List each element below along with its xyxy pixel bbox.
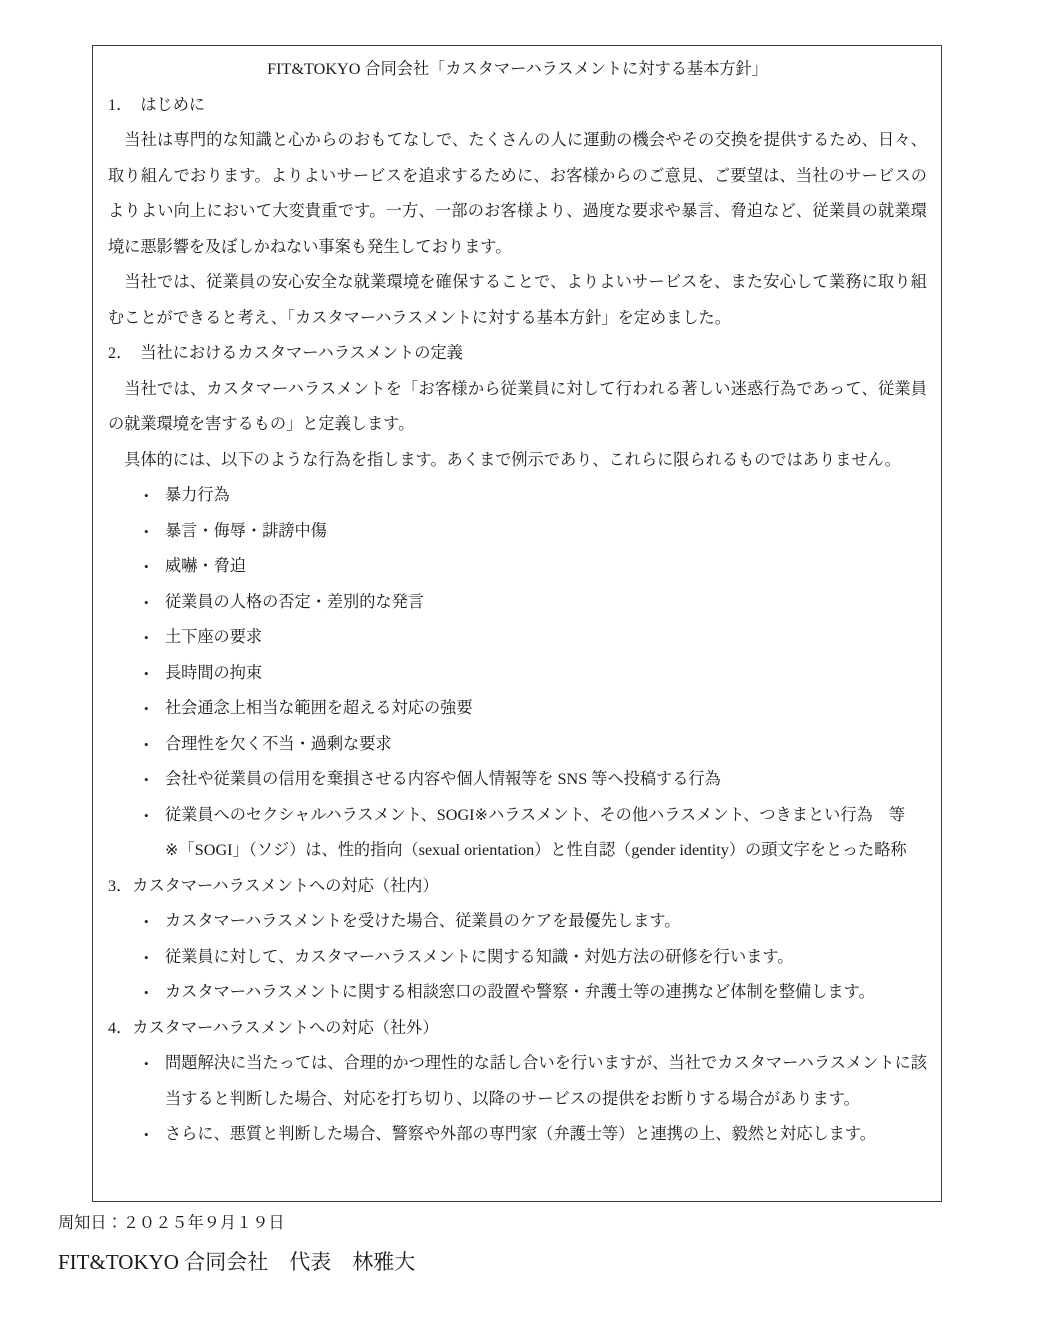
external-response-list: • 問題解決に当たっては、合理的かつ理性的な話し合いを行いますが、当社でカスタマ… (108, 1046, 927, 1153)
document-title: FIT&TOKYO 合同会社「カスタマーハラスメントに対する基本方針」 (108, 52, 927, 88)
bullet-text: 合理性を欠く不当・過剰な要求 (165, 735, 392, 753)
bullet-text: 威嚇・脅迫 (165, 557, 246, 575)
list-item: • カスタマーハラスメントを受けた場合、従業員のケアを最優先します。 (108, 904, 927, 940)
company-signature: FIT&TOKYO 合同会社 代表 林雅大 (58, 1243, 978, 1281)
bullet-text: 問題解決に当たっては、合理的かつ理性的な話し合いを行いますが、当社でカスタマーハ… (165, 1054, 927, 1108)
list-item: • 従業員の人格の否定・差別的な発言 (108, 585, 927, 621)
notice-date: 周知日：２０２５年９月１９日 (58, 1206, 978, 1241)
bullet-icon: • (144, 549, 149, 585)
bullet-icon: • (144, 656, 149, 692)
section-external-response: 4．カスタマーハラスメントへの対応（社外） • 問題解決に当たっては、合理的かつ… (108, 1011, 927, 1153)
bullet-icon: • (144, 585, 149, 621)
list-item: • さらに、悪質と判断した場合、警察や外部の専門家（弁護士等）と連携の上、毅然と… (108, 1117, 927, 1153)
bullet-text: 従業員に対して、カスタマーハラスメントに関する知識・対処方法の研修を行います。 (165, 948, 793, 966)
sogi-note: ※「SOGI」（ソジ）は、性的指向（sexual orientation）と性自… (165, 833, 927, 869)
list-item: • 威嚇・脅迫 (108, 549, 927, 585)
paragraph: 具体的には、以下のような行為を指します。あくまで例示であり、これらに限られるもの… (108, 443, 927, 479)
list-item: • 従業員に対して、カスタマーハラスメントに関する知識・対処方法の研修を行います… (108, 940, 927, 976)
section-heading: 1． はじめに (108, 88, 927, 124)
bullet-icon: • (144, 1046, 149, 1082)
section-heading: 4．カスタマーハラスメントへの対応（社外） (108, 1011, 927, 1047)
bullet-text: 従業員へのセクシャルハラスメント、SOGI※ハラスメント、その他ハラスメント、つ… (165, 806, 905, 824)
bullet-icon: • (144, 514, 149, 550)
bullet-icon: • (144, 1117, 149, 1153)
bullet-icon: • (144, 620, 149, 656)
list-item: • 土下座の要求 (108, 620, 927, 656)
bullet-icon: • (144, 975, 149, 1011)
bullet-icon: • (144, 798, 149, 834)
list-item: • 問題解決に当たっては、合理的かつ理性的な話し合いを行いますが、当社でカスタマ… (108, 1046, 927, 1117)
paragraph: 当社では、カスタマーハラスメントを「お客様から従業員に対して行われる著しい迷惑行… (108, 372, 927, 443)
bullet-icon: • (144, 727, 149, 763)
section-definition: 2． 当社におけるカスタマーハラスメントの定義 当社では、カスタマーハラスメント… (108, 336, 927, 869)
bullet-text: カスタマーハラスメントを受けた場合、従業員のケアを最優先します。 (165, 912, 680, 930)
bullet-text: 従業員の人格の否定・差別的な発言 (165, 593, 424, 611)
list-item: • 会社や従業員の信用を棄損させる内容や個人情報等を SNS 等へ投稿する行為 (108, 762, 927, 798)
harassment-examples-list: • 暴力行為 • 暴言・侮辱・誹謗中傷 • 威嚇・脅迫 • 従業員の人格の否定・… (108, 478, 927, 869)
list-item: • 社会通念上相当な範囲を超える対応の強要 (108, 691, 927, 727)
bullet-text: 暴言・侮辱・誹謗中傷 (165, 522, 327, 540)
bullet-icon: • (144, 940, 149, 976)
bullet-text: 長時間の拘束 (165, 664, 262, 682)
section-heading: 3．カスタマーハラスメントへの対応（社内） (108, 869, 927, 905)
list-item: • 暴力行為 (108, 478, 927, 514)
list-item: • 暴言・侮辱・誹謗中傷 (108, 514, 927, 550)
bullet-icon: • (144, 478, 149, 514)
bullet-text: 土下座の要求 (165, 628, 262, 646)
bullet-text: 社会通念上相当な範囲を超える対応の強要 (165, 699, 473, 717)
paragraph: 当社では、従業員の安心安全な就業環境を確保することで、よりよいサービスを、また安… (108, 265, 927, 336)
list-item: • 合理性を欠く不当・過剰な要求 (108, 727, 927, 763)
policy-document: FIT&TOKYO 合同会社「カスタマーハラスメントに対する基本方針」 1． は… (92, 45, 942, 1202)
section-internal-response: 3．カスタマーハラスメントへの対応（社内） • カスタマーハラスメントを受けた場… (108, 869, 927, 1011)
list-item: • カスタマーハラスメントに関する相談窓口の設置や警察・弁護士等の連携など体制を… (108, 975, 927, 1011)
internal-response-list: • カスタマーハラスメントを受けた場合、従業員のケアを最優先します。 • 従業員… (108, 904, 927, 1011)
section-heading: 2． 当社におけるカスタマーハラスメントの定義 (108, 336, 927, 372)
bullet-text: 暴力行為 (165, 486, 230, 504)
bullet-text: 会社や従業員の信用を棄損させる内容や個人情報等を SNS 等へ投稿する行為 (165, 770, 721, 788)
bullet-text: カスタマーハラスメントに関する相談窓口の設置や警察・弁護士等の連携など体制を整備… (165, 983, 875, 1001)
bullet-icon: • (144, 691, 149, 727)
bullet-icon: • (144, 762, 149, 798)
bullet-text: さらに、悪質と判断した場合、警察や外部の専門家（弁護士等）と連携の上、毅然と対応… (165, 1125, 876, 1143)
document-page: FIT&TOKYO 合同会社「カスタマーハラスメントに対する基本方針」 1． は… (0, 0, 1037, 1326)
paragraph: 当社は専門的な知識と心からのおもてなしで、たくさんの人に運動の機会やその交換を提… (108, 123, 927, 265)
section-introduction: 1． はじめに 当社は専門的な知識と心からのおもてなしで、たくさんの人に運動の機… (108, 88, 927, 337)
list-item: • 従業員へのセクシャルハラスメント、SOGI※ハラスメント、その他ハラスメント… (108, 798, 927, 869)
document-footer: 周知日：２０２５年９月１９日 FIT&TOKYO 合同会社 代表 林雅大 (58, 1206, 978, 1281)
bullet-icon: • (144, 904, 149, 940)
list-item: • 長時間の拘束 (108, 656, 927, 692)
